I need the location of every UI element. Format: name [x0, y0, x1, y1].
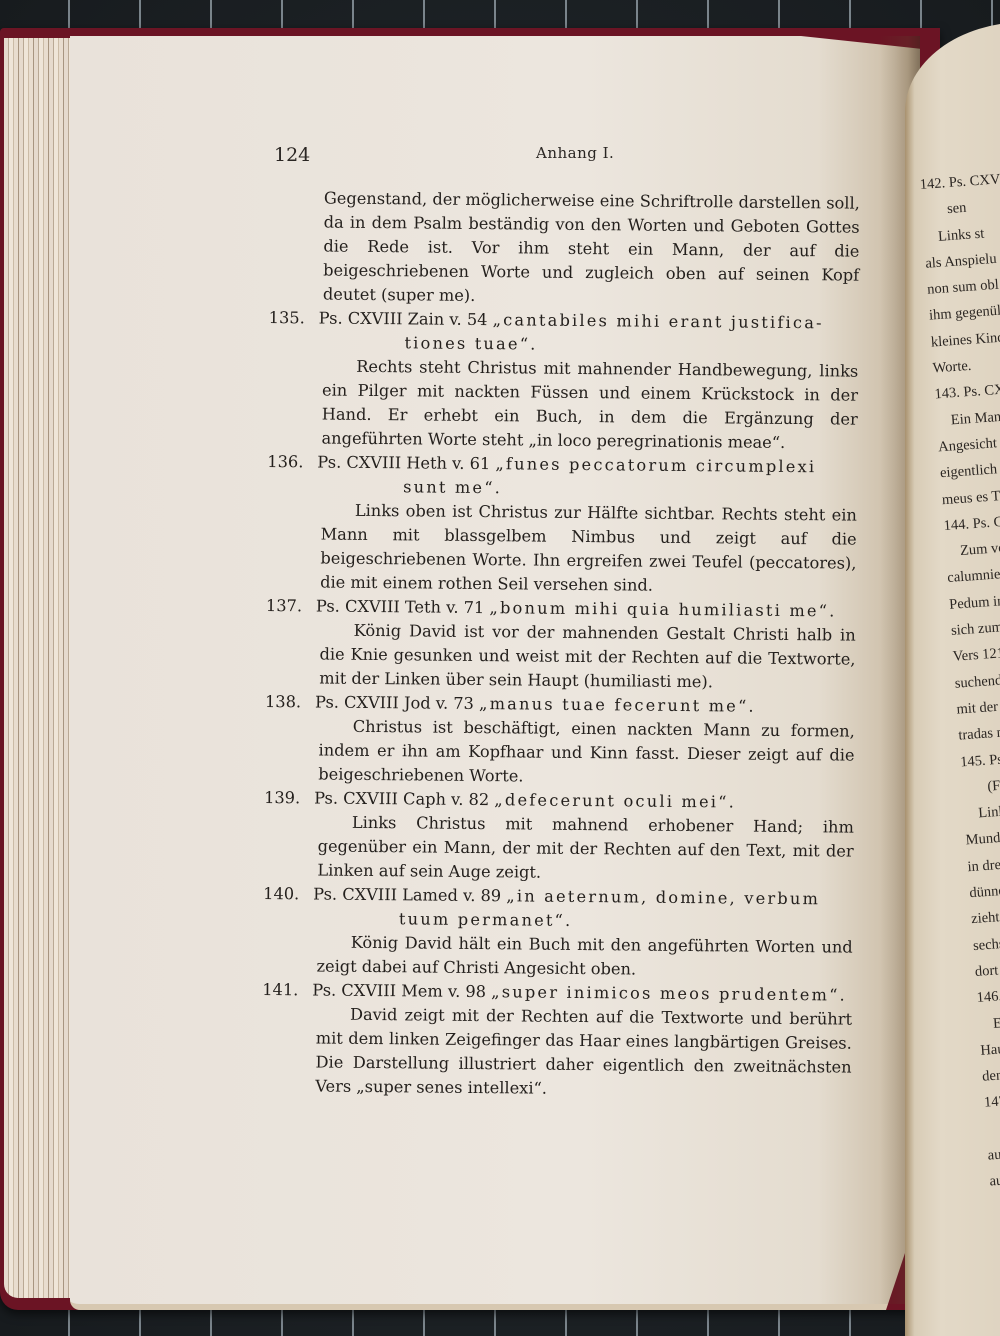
entry-description: Christus ist beschäftigt, einen nackten …: [264, 714, 855, 792]
psalm-quote: „defecerunt oculi mei“.: [494, 790, 736, 811]
catalog-entry-136: 136.Ps. CXVIII Heth v. 61 „funes peccato…: [266, 450, 857, 600]
page-edges-stack: [4, 38, 76, 1298]
psalm-reference: Ps. CXVIII Teth v. 71: [316, 596, 484, 617]
entry-description: König David ist vor der mahnenden Gestal…: [265, 618, 856, 696]
catalog-entry-141: 141.Ps. CXVIII Mem v. 98 „super inimicos…: [261, 978, 852, 1104]
entry-number: 140.: [263, 882, 313, 906]
entry-description: König David hält ein Buch mit den angefü…: [262, 930, 852, 984]
psalm-quote: „bonum mihi quia humiliasti me“.: [489, 598, 836, 620]
running-head: 124 Anhang I.: [274, 144, 854, 168]
entry-number: 137.: [266, 594, 316, 618]
main-text-block: Gegenstand, der möglicherweise eine Schr…: [261, 186, 860, 1104]
catalog-entry-135: 135.Ps. CXVIII Zain v. 54 „cantabiles mi…: [267, 306, 858, 456]
psalm-quote: „in aeternum, domine, verbum: [506, 886, 820, 908]
psalm-reference: Ps. CXVIII Zain v. 54: [319, 308, 488, 329]
psalm-quote: „cantabiles mihi erant justifica-: [493, 310, 824, 332]
catalog-entry-140: 140.Ps. CXVIII Lamed v. 89 „in aeternum,…: [262, 882, 853, 984]
entry-description: Links Christus mit mahnend erhobener Han…: [263, 810, 854, 888]
psalm-reference: Ps. CXVIII Heth v. 61: [317, 452, 490, 473]
page-number: 124: [274, 144, 310, 166]
facing-page-text: 142. Ps. CXVIII N sen Links stals Anspie…: [919, 158, 1000, 1195]
psalm-quote: „funes peccatorum circumplexi: [495, 454, 816, 476]
entry-number: 141.: [262, 978, 312, 1002]
psalm-reference: Ps. CXVIII Caph v. 82: [314, 788, 489, 809]
psalm-reference: Ps. CXVIII Jod v. 73: [315, 692, 474, 713]
entry-number: 135.: [269, 306, 319, 330]
entry-description: Rechts steht Christus mit mahnender Hand…: [267, 354, 858, 456]
intro-paragraph: Gegenstand, der möglicherweise eine Schr…: [269, 186, 860, 312]
entry-description: David zeigt mit der Rechten auf die Text…: [261, 1002, 852, 1104]
entry-number: 138.: [265, 690, 315, 714]
psalm-reference: Ps. CXVIII Lamed v. 89: [313, 884, 501, 905]
entry-number: 139.: [264, 786, 314, 810]
catalog-entry-137: 137.Ps. CXVIII Teth v. 71 „bonum mihi qu…: [265, 594, 856, 696]
running-head-title: Anhang I.: [536, 144, 614, 162]
psalm-quote: „super inimicos meos prudentem“.: [491, 982, 847, 1004]
right-facing-page: 142. Ps. CXVIII N sen Links stals Anspie…: [905, 22, 1000, 1336]
entry-description: Links oben ist Christus zur Hälfte sicht…: [266, 498, 857, 600]
catalog-entry-139: 139.Ps. CXVIII Caph v. 82 „defecerunt oc…: [263, 786, 854, 888]
facing-page-line: 142. Ps. CXVIII N: [919, 158, 1000, 198]
psalm-reference: Ps. CXVIII Mem v. 98: [312, 980, 486, 1001]
psalm-quote: „manus tuae fecerunt me“.: [479, 694, 756, 716]
catalog-entry-138: 138.Ps. CXVIII Jod v. 73 „manus tuae fec…: [264, 690, 855, 792]
entry-number: 136.: [267, 450, 317, 474]
